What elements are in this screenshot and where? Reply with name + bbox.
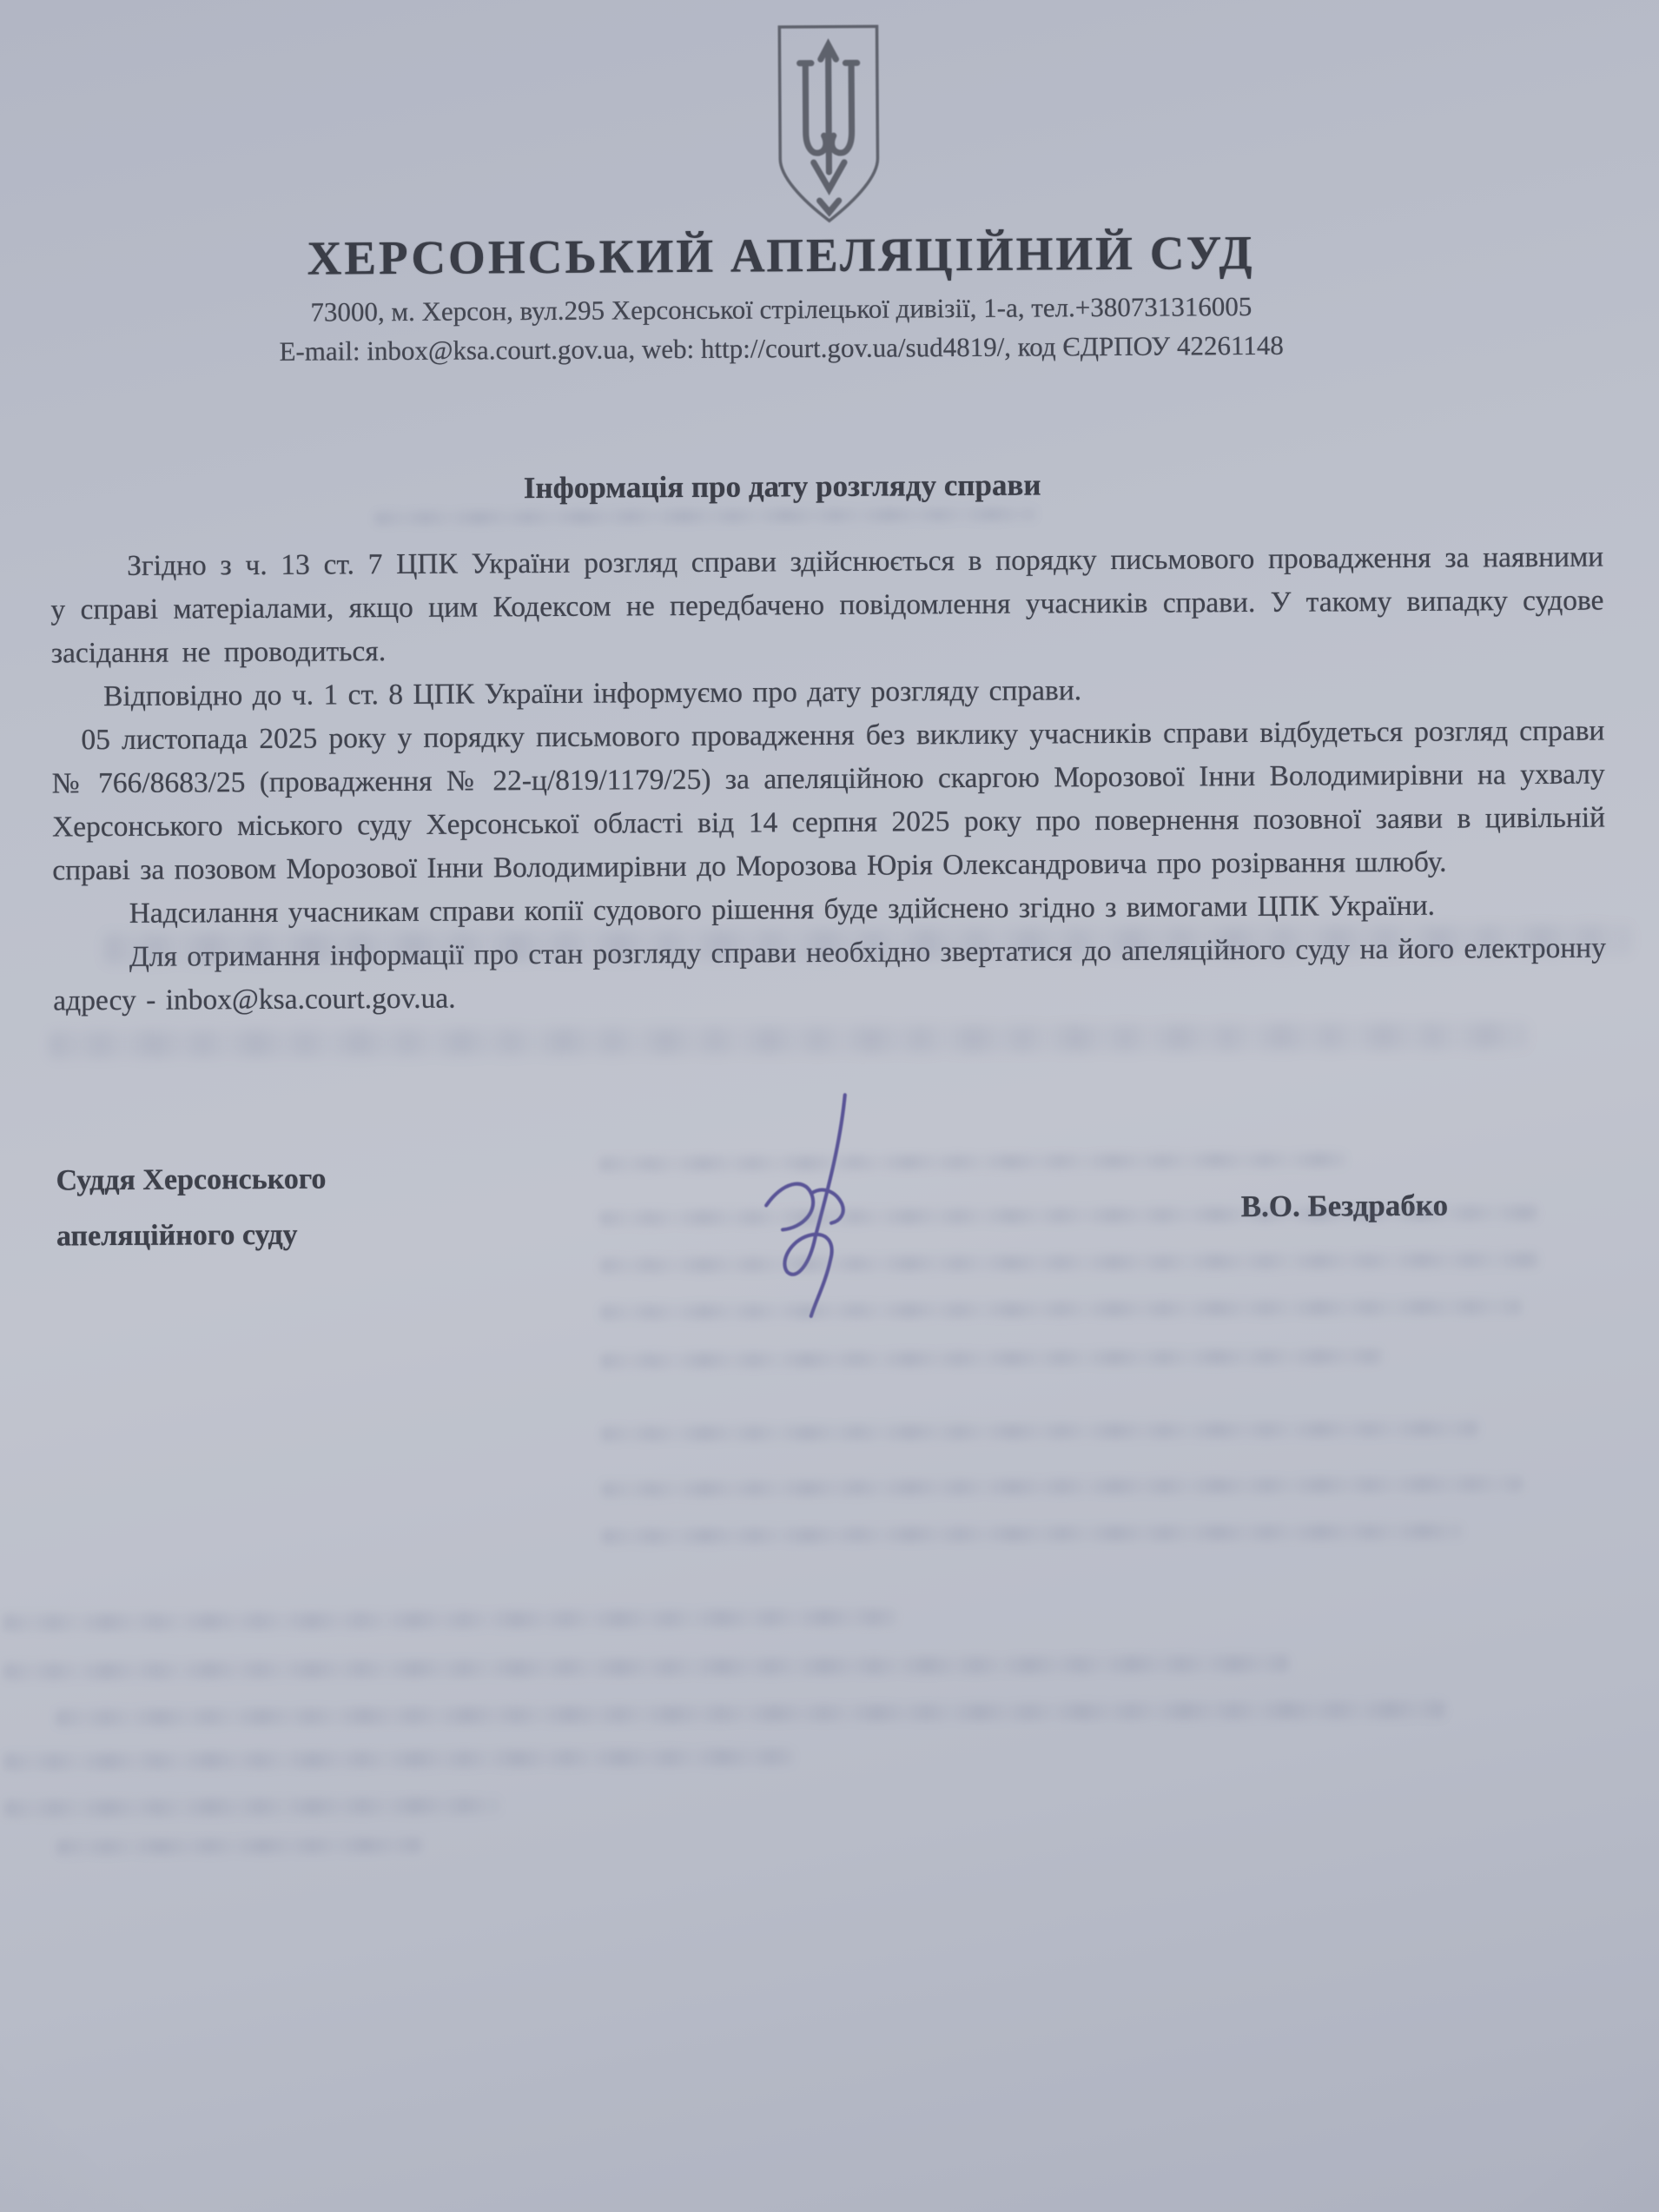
bleed-through-line xyxy=(50,1023,1526,1057)
handwritten-signature xyxy=(734,1087,918,1322)
judge-position: Суддя Херсонського апеляційного суду xyxy=(56,1150,543,1264)
court-address-line: 73000, м. Херсон, вул.295 Херсонської ст… xyxy=(0,289,1567,330)
bleed-through-line xyxy=(3,1655,1289,1680)
bleed-through-line xyxy=(601,1348,1383,1368)
judge-position-line1: Суддя Херсонського xyxy=(56,1150,542,1209)
document-body: Згідно з ч. 13 ст. 7 ЦПК України розгляд… xyxy=(50,536,1606,1023)
ukraine-trident-emblem-icon xyxy=(770,19,886,230)
court-name: ХЕРСОНСЬКИЙ АПЕЛЯЦІЙНИЙ СУД xyxy=(0,223,1567,288)
bleed-through-line xyxy=(4,1748,795,1771)
bleed-through-line xyxy=(601,1421,1478,1441)
bleed-through-line xyxy=(602,1524,1462,1545)
document-title: Інформація про дату розгляду справи xyxy=(0,465,1569,509)
judge-name: В.О. Бездрабко xyxy=(1241,1188,1606,1225)
bleed-through-line xyxy=(599,1152,1346,1171)
paragraph-5: Для отримання інформації про стан розгля… xyxy=(53,927,1607,1023)
judge-position-line2: апеляційного суду xyxy=(56,1206,543,1264)
scanned-court-notice: ХЕРСОНСЬКИЙ АПЕЛЯЦІЙНИЙ СУД 73000, м. Хе… xyxy=(0,0,1659,2212)
bleed-through-line xyxy=(56,1838,421,1856)
bleed-through-line xyxy=(602,1476,1523,1497)
bleed-through-line xyxy=(3,1609,898,1632)
paragraph-3: 05 листопада 2025 року у порядку письмов… xyxy=(51,710,1605,893)
court-contact-line: E-mail: inbox@ksa.court.gov.ua, web: htt… xyxy=(0,328,1568,369)
bleed-through-line xyxy=(4,1797,499,1817)
bleed-through-line xyxy=(375,508,1035,526)
bleed-through-line xyxy=(56,1701,1445,1727)
paragraph-1: Згідно з ч. 13 ст. 7 ЦПК України розгляд… xyxy=(50,536,1604,676)
